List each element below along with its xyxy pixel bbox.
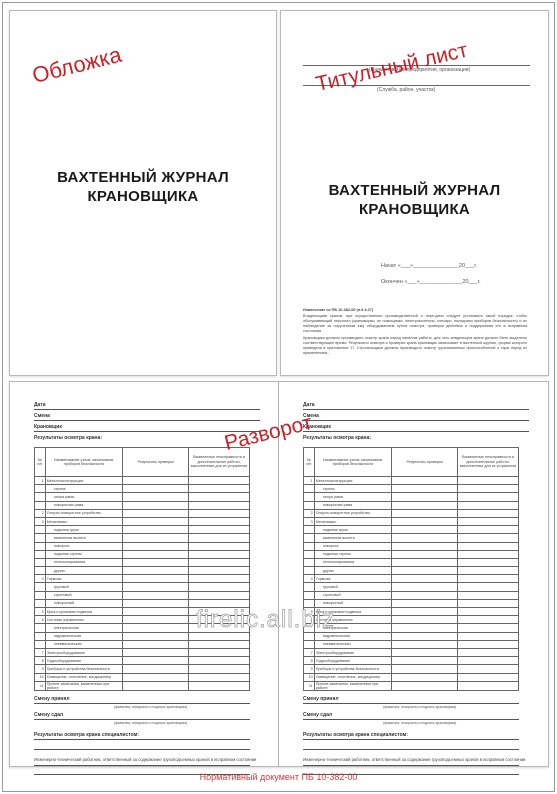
row-result-cell[interactable] (123, 591, 189, 599)
row-component: подъема груза (314, 526, 391, 534)
finished-date: Окончен «___»______________20___г. (381, 279, 481, 285)
row-component: подъема груза (45, 526, 122, 534)
row-component: поворота (45, 542, 122, 550)
row-component: Крюк и крюковая подвеска (45, 608, 122, 616)
row-number: 2 (35, 509, 46, 517)
table-row: подъема стрелы (304, 550, 519, 558)
row-number (35, 493, 46, 501)
spread-right-page: Дата Смена Крановщик Результаты осмотра … (303, 400, 529, 775)
row-defects-cell[interactable] (458, 640, 519, 648)
row-defects-cell[interactable] (189, 583, 250, 591)
table-row: 3Механизмы: (304, 517, 519, 525)
row-result-cell[interactable] (123, 517, 189, 525)
row-component: Опорно-поворотное устройство (314, 509, 391, 517)
blank-line[interactable] (303, 765, 519, 766)
row-number: 7 (304, 648, 315, 656)
row-result-cell[interactable] (123, 558, 189, 566)
row-defects-cell[interactable] (458, 575, 519, 583)
row-defects-cell[interactable] (189, 485, 250, 493)
table-row: 7Электрооборудование (35, 648, 250, 656)
header-component: Наименование узлов, механизмов, приборов… (45, 448, 122, 477)
row-number (304, 485, 315, 493)
row-component: Приборы и устройства безопасности (45, 665, 122, 673)
cover-sheet: Обложка ВАХТЕННЫЙ ЖУРНАЛ КРАНОВЩИКА (9, 10, 277, 376)
row-component: Механизмы: (45, 517, 122, 525)
row-number: 1 (304, 477, 315, 485)
row-number: 8 (35, 657, 46, 665)
row-number (304, 526, 315, 534)
row-number: 9 (304, 665, 315, 673)
field-label: Результаты осмотра крана специалистом: (34, 732, 141, 738)
header-number: № п/п (304, 448, 315, 477)
row-defects-cell[interactable] (458, 616, 519, 624)
row-defects-cell[interactable] (189, 575, 250, 583)
row-defects-cell[interactable] (458, 665, 519, 673)
header-defects: Выявленные неисправности и дополнительны… (458, 448, 519, 477)
row-number: 8 (304, 657, 315, 665)
row-number (304, 558, 315, 566)
row-component: поворота (314, 542, 391, 550)
row-component: подъема стрелы (45, 550, 122, 558)
row-result-cell[interactable] (392, 632, 458, 640)
row-number (35, 632, 46, 640)
field-line (303, 420, 529, 421)
table-row: стреловой (35, 591, 250, 599)
row-defects-cell[interactable] (458, 493, 519, 501)
row-defects-cell[interactable] (458, 648, 519, 656)
excerpt-paragraph-2: Крановщики должны производить осмотр кра… (303, 336, 527, 356)
row-result-cell[interactable] (392, 550, 458, 558)
row-component: стрела (45, 485, 122, 493)
specialist-results-field[interactable]: Результаты осмотра крана специалистом: (303, 731, 529, 743)
row-number: 5 (35, 608, 46, 616)
table-row: других (304, 567, 519, 575)
field-label: Смена (34, 413, 52, 419)
row-number: 9 (35, 665, 46, 673)
row-result-cell[interactable] (123, 657, 189, 665)
field-line (303, 431, 529, 432)
row-number (35, 640, 46, 648)
table-row: других (35, 567, 250, 575)
row-defects-cell[interactable] (189, 534, 250, 542)
operator-field[interactable]: Крановщик (303, 422, 529, 433)
row-result-cell[interactable] (392, 485, 458, 493)
row-component: Тормоза: (45, 575, 122, 583)
field-label: Дата (303, 402, 317, 408)
row-component: грузовой (314, 583, 391, 591)
row-defects-cell[interactable] (189, 567, 250, 575)
row-result-cell[interactable] (123, 493, 189, 501)
inspection-results-heading: Результаты осмотра крана: (303, 435, 529, 441)
row-result-cell[interactable] (392, 591, 458, 599)
row-result-cell[interactable] (123, 673, 189, 681)
field-label: Крановщик (34, 424, 64, 430)
table-row: поворотная рама (304, 501, 519, 509)
cover-title-line2: КРАНОВЩИКА (10, 187, 276, 206)
row-result-cell[interactable] (123, 632, 189, 640)
started-date: Начат «___»_______________20___г. (381, 263, 477, 269)
row-defects-cell[interactable] (458, 657, 519, 665)
row-defects-cell[interactable] (458, 681, 519, 690)
table-row: гидравлическая (304, 632, 519, 640)
row-result-cell[interactable] (392, 624, 458, 632)
row-result-cell[interactable] (392, 608, 458, 616)
row-component: Металлоконструкции: (45, 477, 122, 485)
table-row: 11Прочие замечания, выявленные при работ… (35, 681, 250, 690)
row-number (304, 493, 315, 501)
row-result-cell[interactable] (123, 599, 189, 607)
table-row: 10Освещение, отопление, кондиционер (35, 673, 250, 681)
row-result-cell[interactable] (392, 509, 458, 517)
row-component: поворотный (45, 599, 122, 607)
table-row: подъема стрелы (35, 550, 250, 558)
row-number (304, 640, 315, 648)
row-number (35, 591, 46, 599)
table-row: изменения вылета (304, 534, 519, 542)
row-result-cell[interactable] (392, 599, 458, 607)
row-result-cell[interactable] (123, 575, 189, 583)
row-component: Тормоза: (314, 575, 391, 583)
row-number (35, 526, 46, 534)
row-number: 3 (35, 517, 46, 525)
table-row: грузовой (304, 583, 519, 591)
row-result-cell[interactable] (123, 485, 189, 493)
row-defects-cell[interactable] (458, 550, 519, 558)
row-number: 4 (35, 575, 46, 583)
row-component: Электрооборудование (45, 648, 122, 656)
row-defects-cell[interactable] (458, 599, 519, 607)
field-label: Смену принял (303, 696, 341, 702)
signature-caption: (фамилия, инициалы и подпись крановщика) (114, 705, 187, 709)
row-component: опора рамы (314, 493, 391, 501)
row-defects-cell[interactable] (189, 681, 250, 690)
row-defects-cell[interactable] (458, 542, 519, 550)
row-defects-cell[interactable] (189, 558, 250, 566)
field-label: Дата (34, 402, 48, 408)
blank-line[interactable] (34, 765, 250, 766)
table-row: 9Приборы и устройства безопасности (35, 665, 250, 673)
row-component: изменения вылета (45, 534, 122, 542)
row-component: стрела (314, 485, 391, 493)
row-defects-cell[interactable] (189, 501, 250, 509)
row-defects-cell[interactable] (189, 640, 250, 648)
row-number (304, 567, 315, 575)
table-row: 4Тормоза: (35, 575, 250, 583)
row-result-cell[interactable] (123, 616, 189, 624)
row-result-cell[interactable] (123, 542, 189, 550)
row-result-cell[interactable] (392, 575, 458, 583)
table-row: опора рамы (304, 493, 519, 501)
row-result-cell[interactable] (392, 526, 458, 534)
row-component: грузовой (45, 583, 122, 591)
row-defects-cell[interactable] (458, 624, 519, 632)
table-row: 2Опорно-поворотное устройство (304, 509, 519, 517)
row-component: Прочие замечания, выявленные при работе (45, 681, 122, 690)
table-row: опора рамы (35, 493, 250, 501)
row-defects-cell[interactable] (189, 509, 250, 517)
row-result-cell[interactable] (123, 583, 189, 591)
row-component: опора рамы (45, 493, 122, 501)
row-number (304, 501, 315, 509)
row-result-cell[interactable] (392, 558, 458, 566)
row-number (35, 550, 46, 558)
row-defects-cell[interactable] (458, 583, 519, 591)
row-number (35, 567, 46, 575)
row-result-cell[interactable] (123, 624, 189, 632)
row-component: Гидрооборудование (314, 657, 391, 665)
shift-field[interactable]: Смена (303, 411, 529, 422)
row-component: телескопирования (45, 558, 122, 566)
row-number: 4 (304, 575, 315, 583)
row-result-cell[interactable] (392, 665, 458, 673)
table-row: 3Механизмы: (35, 517, 250, 525)
shift-accepted-field[interactable]: Смену принял(фамилия, инициалы и подпись… (34, 695, 260, 707)
shift-handed-field[interactable]: Смену сдал(фамилия, инициалы и подпись к… (34, 711, 260, 723)
row-result-cell[interactable] (123, 509, 189, 517)
row-component: Прочие замечания, выявленные при работе (314, 681, 391, 690)
table-row: телескопирования (304, 558, 519, 566)
row-result-cell[interactable] (123, 681, 189, 690)
row-result-cell[interactable] (392, 681, 458, 690)
row-defects-cell[interactable] (458, 632, 519, 640)
row-number (35, 624, 46, 632)
table-row: стрела (304, 485, 519, 493)
table-row: 5Крюк и крюковая подвеска (304, 608, 519, 616)
row-result-cell[interactable] (123, 534, 189, 542)
row-component: поворотная рама (45, 501, 122, 509)
table-row: электрическая (304, 624, 519, 632)
table-row: телескопирования (35, 558, 250, 566)
row-result-cell[interactable] (123, 640, 189, 648)
title-page-sheet: (Наименование предприятия, организации) … (280, 10, 549, 376)
table-row: подъема груза (35, 526, 250, 534)
table-row: пневматическая (35, 640, 250, 648)
field-line (34, 739, 250, 740)
engineer-note: Инженерно-технический работник, ответств… (34, 756, 260, 763)
row-number (304, 534, 315, 542)
table-row: 9Приборы и устройства безопасности (304, 665, 519, 673)
row-component: Освещение, отопление, кондиционер (45, 673, 122, 681)
table-row: 2Опорно-поворотное устройство (35, 509, 250, 517)
row-result-cell[interactable] (123, 526, 189, 534)
row-component: подъема стрелы (314, 550, 391, 558)
row-defects-cell[interactable] (189, 673, 250, 681)
title-page-title-line1: ВАХТЕННЫЙ ЖУРНАЛ (281, 181, 548, 200)
row-result-cell[interactable] (392, 542, 458, 550)
row-number (35, 485, 46, 493)
excerpt-paragraph-1: Владельцами кранов, при осуществлении пр… (303, 314, 527, 334)
table-row: 8Гидрооборудование (304, 657, 519, 665)
row-number (35, 599, 46, 607)
date-field[interactable]: Дата (303, 400, 529, 411)
row-result-cell[interactable] (392, 583, 458, 591)
row-number (304, 542, 315, 550)
row-component: гидравлическая (45, 632, 122, 640)
signature-caption: (фамилия, инициалы и подпись крановщика) (383, 721, 456, 725)
row-component: изменения вылета (314, 534, 391, 542)
row-defects-cell[interactable] (458, 558, 519, 566)
row-defects-cell[interactable] (189, 591, 250, 599)
field-line (303, 703, 519, 704)
inspection-table: № п/п Наименование узлов, механизмов, пр… (34, 447, 250, 691)
signature-caption: (фамилия, инициалы и подпись крановщика) (114, 721, 187, 725)
row-component: Электрооборудование (314, 648, 391, 656)
field-line (34, 409, 260, 410)
field-line (34, 420, 260, 421)
watermark: firelic.all.biz (196, 606, 335, 634)
row-number: 11 (304, 681, 315, 690)
header-component: Наименование узлов, механизмов, приборов… (314, 448, 391, 477)
row-result-cell[interactable] (392, 673, 458, 681)
row-defects-cell[interactable] (189, 517, 250, 525)
cover-stamp: Обложка (30, 42, 124, 89)
row-defects-cell[interactable] (189, 550, 250, 558)
row-result-cell[interactable] (123, 648, 189, 656)
title-page-title-line2: КРАНОВЩИКА (281, 200, 548, 219)
row-component: Опорно-поворотное устройство (45, 509, 122, 517)
row-number (35, 501, 46, 509)
row-defects-cell[interactable] (458, 517, 519, 525)
row-component: стреловой (45, 591, 122, 599)
shift-handed-field[interactable]: Смену сдал(фамилия, инициалы и подпись к… (303, 711, 529, 723)
table-row: 7Электрооборудование (304, 648, 519, 656)
table-row: поворотный (304, 599, 519, 607)
row-result-cell[interactable] (392, 477, 458, 485)
table-row: поворотная рама (35, 501, 250, 509)
row-result-cell[interactable] (123, 665, 189, 673)
row-defects-cell[interactable] (189, 542, 250, 550)
field-line (34, 703, 250, 704)
row-component: пневматическая (45, 640, 122, 648)
row-component: поворотная рама (314, 501, 391, 509)
table-row: грузовой (35, 583, 250, 591)
excerpt-heading: Извлечение из ПБ 10-382-00 (п.9.4.27) (303, 308, 527, 313)
row-defects-cell[interactable] (458, 591, 519, 599)
row-number (35, 542, 46, 550)
row-result-cell[interactable] (392, 567, 458, 575)
table-row: 1Металлоконструкции: (304, 477, 519, 485)
row-defects-cell[interactable] (458, 567, 519, 575)
row-number (35, 534, 46, 542)
spread-sheet: Дата Смена Крановщик Результаты осмотра … (9, 381, 549, 767)
row-number: 7 (35, 648, 46, 656)
row-defects-cell[interactable] (189, 493, 250, 501)
row-defects-cell[interactable] (458, 509, 519, 517)
row-defects-cell[interactable] (189, 648, 250, 656)
row-number: 1 (35, 477, 46, 485)
row-result-cell[interactable] (392, 534, 458, 542)
row-component: других (314, 567, 391, 575)
field-label: Смену сдал (303, 712, 334, 718)
table-row: поворота (304, 542, 519, 550)
engineer-note: Инженерно-технический работник, ответств… (303, 756, 529, 763)
field-line (303, 739, 519, 740)
row-result-cell[interactable] (392, 657, 458, 665)
row-result-cell[interactable] (392, 648, 458, 656)
row-component: Приборы и устройства безопасности (314, 665, 391, 673)
row-result-cell[interactable] (392, 517, 458, 525)
date-field[interactable]: Дата (34, 400, 260, 411)
row-number (35, 583, 46, 591)
row-component: других (45, 567, 122, 575)
row-result-cell[interactable] (123, 608, 189, 616)
footer-normative-document: Нормативный документ ПБ 10-382-00 (0, 772, 557, 782)
row-result-cell[interactable] (123, 501, 189, 509)
row-defects-cell[interactable] (458, 608, 519, 616)
row-result-cell[interactable] (392, 640, 458, 648)
row-number (35, 558, 46, 566)
row-number: 6 (35, 616, 46, 624)
row-component: электрическая (45, 624, 122, 632)
row-number: 2 (304, 509, 315, 517)
specialist-results-field[interactable]: Результаты осмотра крана специалистом: (34, 731, 260, 743)
row-result-cell[interactable] (123, 567, 189, 575)
blank-line[interactable] (34, 749, 250, 750)
row-result-cell[interactable] (392, 493, 458, 501)
row-defects-cell[interactable] (189, 477, 250, 485)
field-label: Результаты осмотра крана специалистом: (303, 732, 410, 738)
blank-line[interactable] (303, 749, 519, 750)
row-defects-cell[interactable] (458, 501, 519, 509)
row-defects-cell[interactable] (189, 665, 250, 673)
row-result-cell[interactable] (123, 477, 189, 485)
row-component: Освещение, отопление, кондиционер (314, 673, 391, 681)
table-row: 4Тормоза: (304, 575, 519, 583)
table-row: 1Металлоконструкции: (35, 477, 250, 485)
row-defects-cell[interactable] (458, 477, 519, 485)
table-row: поворота (35, 542, 250, 550)
field-label: Смену сдал (34, 712, 65, 718)
row-component: Металлоконструкции: (314, 477, 391, 485)
header-result: Результаты проверки (392, 448, 458, 477)
row-defects-cell[interactable] (189, 526, 250, 534)
row-number (304, 583, 315, 591)
shift-field[interactable]: Смена (34, 411, 260, 422)
table-row: 8Гидрооборудование (35, 657, 250, 665)
row-defects-cell[interactable] (189, 657, 250, 665)
row-number (304, 591, 315, 599)
row-number (304, 550, 315, 558)
row-number: 10 (35, 673, 46, 681)
field-line (34, 719, 250, 720)
row-defects-cell[interactable] (458, 485, 519, 493)
row-defects-cell[interactable] (458, 526, 519, 534)
header-result: Результаты проверки (123, 448, 189, 477)
row-number: 10 (304, 673, 315, 681)
table-row: изменения вылета (35, 534, 250, 542)
row-defects-cell[interactable] (458, 673, 519, 681)
row-number: 3 (304, 517, 315, 525)
row-number: 11 (35, 681, 46, 690)
row-result-cell[interactable] (392, 501, 458, 509)
shift-accepted-field[interactable]: Смену принял(фамилия, инициалы и подпись… (303, 695, 529, 707)
table-row: стреловой (304, 591, 519, 599)
cover-title-line1: ВАХТЕННЫЙ ЖУРНАЛ (10, 168, 276, 187)
row-component: Системы управления: (45, 616, 122, 624)
row-component: Механизмы: (314, 517, 391, 525)
field-line (303, 409, 529, 410)
row-result-cell[interactable] (392, 616, 458, 624)
spread-left-page: Дата Смена Крановщик Результаты осмотра … (34, 400, 260, 775)
field-label: Смену принял (34, 696, 72, 702)
field-line (303, 719, 519, 720)
table-row: 11Прочие замечания, выявленные при работ… (304, 681, 519, 690)
row-result-cell[interactable] (123, 550, 189, 558)
service-caption: (Служба, район, участок) (377, 87, 435, 93)
inspection-table: № п/п Наименование узлов, механизмов, пр… (303, 447, 519, 691)
row-defects-cell[interactable] (458, 534, 519, 542)
table-row: пневматическая (304, 640, 519, 648)
